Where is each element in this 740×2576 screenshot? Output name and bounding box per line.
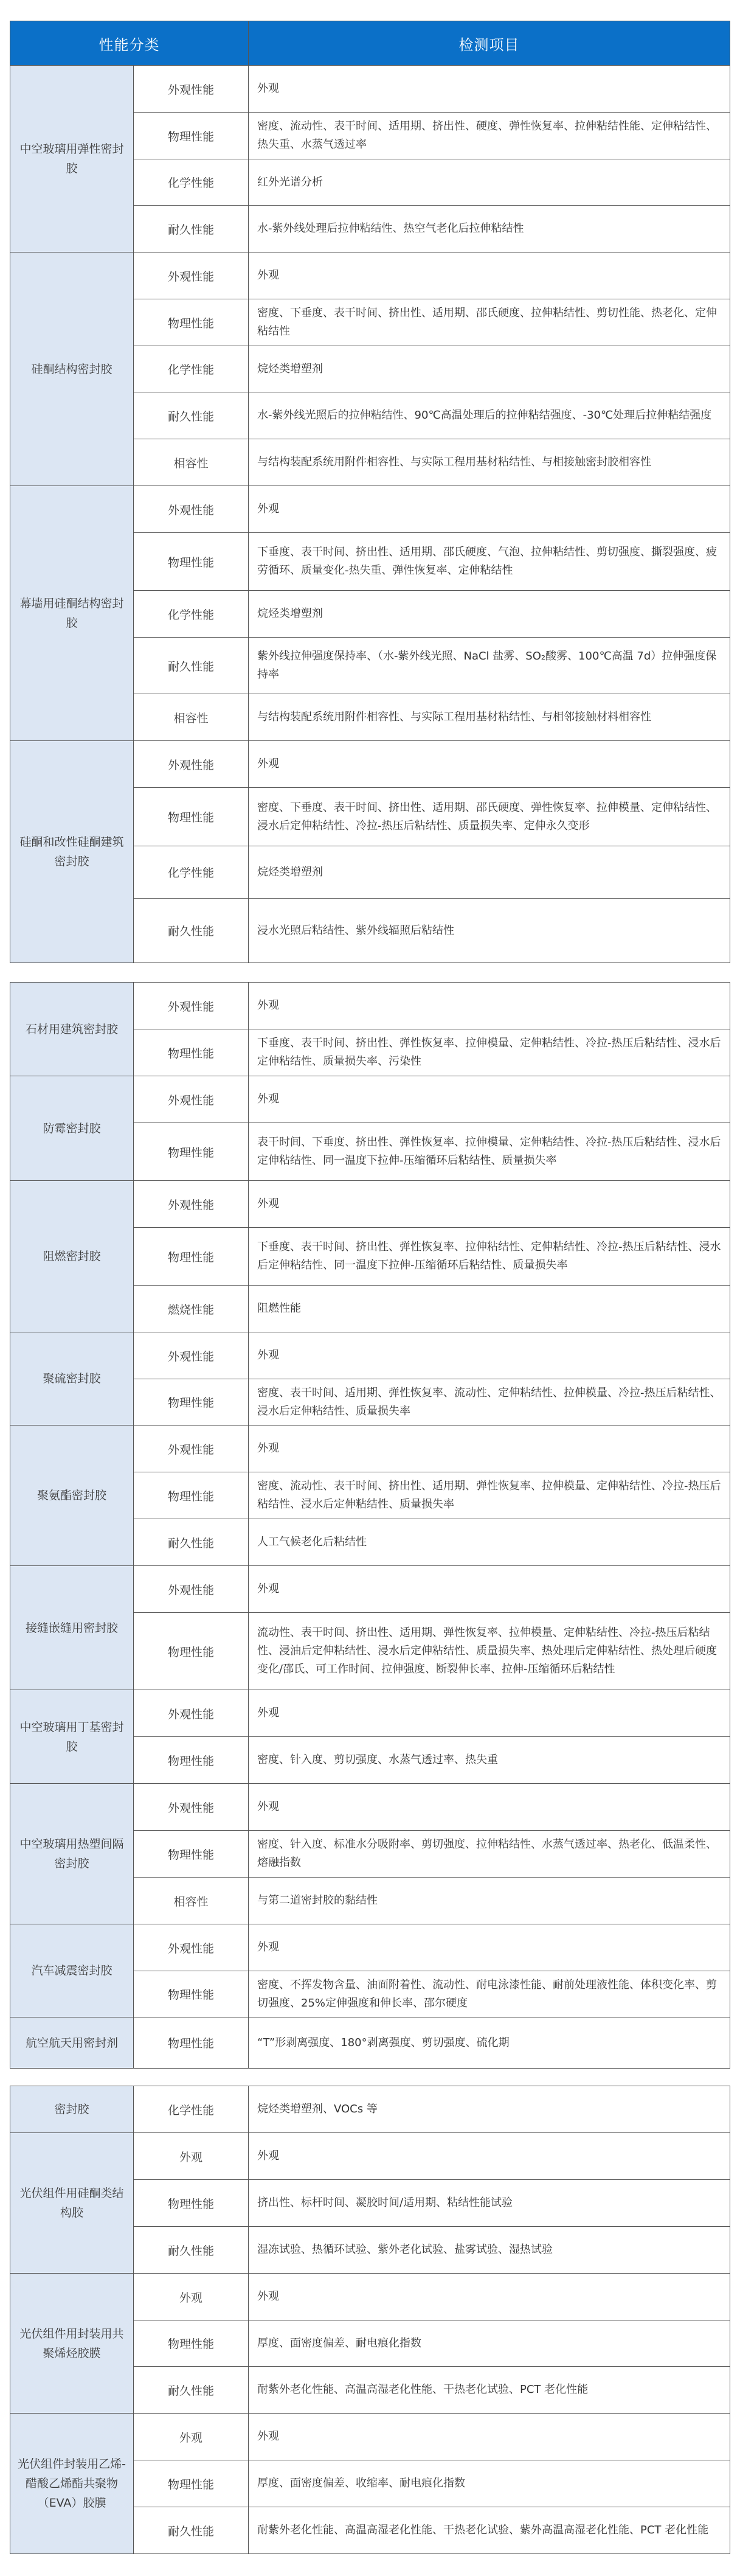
performance-type-cell: 化学性能	[134, 846, 249, 899]
table-row: 中空玻璃用丁基密封胶外观性能外观	[10, 1690, 730, 1737]
performance-type-cell: 物理性能	[134, 533, 249, 591]
test-items-cell: 外观	[249, 741, 730, 788]
test-items-cell: 厚度、面密度偏差、收缩率、耐电痕化指数	[249, 2460, 730, 2507]
test-items-cell: 烷烃类增塑剂	[249, 346, 730, 392]
performance-type-cell: 耐久性能	[134, 1519, 249, 1566]
test-items-cell: 耐紫外老化性能、高温高湿老化性能、干热老化试验、紫外高温高湿老化性能、PCT 老…	[249, 2507, 730, 2554]
performance-type-cell: 耐久性能	[134, 899, 249, 963]
product-category-cell: 硅酮结构密封胶	[10, 252, 134, 486]
performance-type-cell: 物理性能	[134, 113, 249, 159]
test-items-cell: 挤出性、标杆时间、凝胶时间/适用期、粘结性能试验	[249, 2180, 730, 2227]
test-items-cell: 外观	[249, 1784, 730, 1831]
product-category-cell: 阻燃密封胶	[10, 1181, 134, 1332]
performance-type-cell: 物理性能	[134, 1228, 249, 1286]
table-row: 阻燃密封胶外观性能外观	[10, 1181, 730, 1228]
performance-type-cell: 物理性能	[134, 1123, 249, 1181]
product-category-cell: 汽车减震密封胶	[10, 1924, 134, 2017]
performance-type-cell: 燃烧性能	[134, 1286, 249, 1332]
performance-type-cell: 物理性能	[134, 1737, 249, 1784]
performance-type-cell: 物理性能	[134, 1472, 249, 1519]
test-items-cell: 密度、下垂度、表干时间、挤出性、适用期、邵氏硬度、拉伸粘结性、剪切性能、热老化、…	[249, 299, 730, 346]
product-category-cell: 航空航天用密封剂	[10, 2017, 134, 2069]
performance-type-cell: 相容性	[134, 694, 249, 741]
performance-type-cell: 外观性能	[134, 1690, 249, 1737]
test-items-cell: 外观	[249, 2274, 730, 2320]
test-items-cell: 紫外线拉伸强度保持率、（水-紫外线光照、NaCl 盐雾、SO₂酸雾、100℃高温…	[249, 638, 730, 694]
table-row: 石材用建筑密封胶外观性能外观	[10, 983, 730, 1029]
table-row: 光伏组件封装用乙烯-醋酸乙烯酯共聚物（EVA）胶膜外观外观	[10, 2414, 730, 2460]
test-items-cell: 密度、流动性、表干时间、挤出性、适用期、弹性恢复率、拉伸模量、定伸粘结性、冷拉-…	[249, 1472, 730, 1519]
performance-type-cell: 外观性能	[134, 1784, 249, 1831]
test-items-cell: 人工气候老化后粘结性	[249, 1519, 730, 1566]
test-items-cell: 浸水光照后粘结性、紫外线辐照后粘结性	[249, 899, 730, 963]
test-items-cell: 烷烃类增塑剂、VOCs 等	[249, 2086, 730, 2133]
performance-type-cell: 物理性能	[134, 2180, 249, 2227]
performance-type-cell: 物理性能	[134, 2017, 249, 2069]
test-items-cell: 外观	[249, 1690, 730, 1737]
test-items-cell: 外观	[249, 1332, 730, 1379]
test-items-cell: 耐紫外老化性能、高温高湿老化性能、干热老化试验、PCT 老化性能	[249, 2367, 730, 2414]
product-category-cell: 聚氨酯密封胶	[10, 1426, 134, 1566]
performance-type-cell: 物理性能	[134, 2320, 249, 2367]
table-row: 幕墙用硅酮结构密封胶外观性能外观	[10, 486, 730, 533]
performance-type-cell: 外观性能	[134, 1426, 249, 1472]
table-row: 汽车减震密封胶外观性能外观	[10, 1924, 730, 1971]
performance-type-cell: 外观性能	[134, 983, 249, 1029]
table-row: 航空航天用密封剂物理性能“T”形剥离强度、180°剥离强度、剪切强度、硫化期	[10, 2017, 730, 2069]
performance-type-cell: 化学性能	[134, 159, 249, 206]
test-items-cell: 烷烃类增塑剂	[249, 846, 730, 899]
test-items-cell: 密度、下垂度、表干时间、挤出性、适用期、邵氏硬度、弹性恢复率、拉伸模量、定伸粘结…	[249, 788, 730, 846]
test-items-cell: 表干时间、下垂度、挤出性、弹性恢复率、拉伸模量、定伸粘结性、冷拉-热压后粘结性、…	[249, 1123, 730, 1181]
performance-type-cell: 外观	[134, 2274, 249, 2320]
performance-type-cell: 外观性能	[134, 252, 249, 299]
performance-type-cell: 耐久性能	[134, 638, 249, 694]
performance-type-cell: 相容性	[134, 1878, 249, 1924]
product-category-cell: 光伏组件封装用乙烯-醋酸乙烯酯共聚物（EVA）胶膜	[10, 2414, 134, 2554]
product-category-cell: 硅酮和改性硅酮建筑密封胶	[10, 741, 134, 963]
performance-type-cell: 耐久性能	[134, 2367, 249, 2414]
test-items-table-part-1: 性能分类 检测项目 中空玻璃用弹性密封胶外观性能外观物理性能密度、流动性、表干时…	[10, 21, 730, 963]
test-items-cell: 密度、表干时间、适用期、弹性恢复率、流动性、定伸粘结性、拉伸模量、冷拉-热压后粘…	[249, 1379, 730, 1426]
performance-type-cell: 耐久性能	[134, 206, 249, 252]
performance-type-cell: 外观	[134, 2133, 249, 2180]
test-items-cell: 水-紫外线处理后拉伸粘结性、热空气老化后拉伸粘结性	[249, 206, 730, 252]
performance-type-cell: 化学性能	[134, 2086, 249, 2133]
table-row: 防霉密封胶外观性能外观	[10, 1076, 730, 1123]
table-row: 接缝嵌缝用密封胶外观性能外观	[10, 1566, 730, 1613]
performance-type-cell: 外观性能	[134, 1076, 249, 1123]
test-items-cell: 下垂度、表干时间、挤出性、弹性恢复率、拉伸模量、定伸粘结性、冷拉-热压后粘结性、…	[249, 1029, 730, 1076]
test-items-cell: 外观	[249, 2414, 730, 2460]
table-row: 中空玻璃用弹性密封胶外观性能外观	[10, 66, 730, 113]
test-items-cell: 阻燃性能	[249, 1286, 730, 1332]
test-items-cell: 外观	[249, 1924, 730, 1971]
test-items-cell: 外观	[249, 1426, 730, 1472]
test-items-cell: 流动性、表干时间、挤出性、适用期、弹性恢复率、拉伸模量、定伸粘结性、冷拉-热压后…	[249, 1613, 730, 1690]
performance-type-cell: 外观性能	[134, 66, 249, 113]
performance-type-cell: 外观性能	[134, 1332, 249, 1379]
product-category-cell: 中空玻璃用热塑间隔密封胶	[10, 1784, 134, 1924]
product-category-cell: 防霉密封胶	[10, 1076, 134, 1181]
header-performance-category: 性能分类	[10, 21, 249, 66]
performance-type-cell: 相容性	[134, 439, 249, 486]
performance-type-cell: 耐久性能	[134, 2227, 249, 2274]
test-items-cell: 外观	[249, 983, 730, 1029]
performance-type-cell: 化学性能	[134, 591, 249, 638]
product-category-cell: 光伏组件用封装用共聚烯烃胶膜	[10, 2274, 134, 2414]
performance-type-cell: 外观性能	[134, 1566, 249, 1613]
test-items-cell: 外观	[249, 2133, 730, 2180]
performance-type-cell: 耐久性能	[134, 2507, 249, 2554]
product-category-cell: 接缝嵌缝用密封胶	[10, 1566, 134, 1690]
product-category-cell: 聚硫密封胶	[10, 1332, 134, 1426]
product-category-cell: 密封胶	[10, 2086, 134, 2133]
performance-type-cell: 外观	[134, 2414, 249, 2460]
performance-type-cell: 外观性能	[134, 1181, 249, 1228]
table-row: 聚氨酯密封胶外观性能外观	[10, 1426, 730, 1472]
test-items-cell: 密度、针入度、剪切强度、水蒸气透过率、热失重	[249, 1737, 730, 1784]
test-items-cell: 下垂度、表干时间、挤出性、弹性恢复率、拉伸粘结性、定伸粘结性、冷拉-热压后粘结性…	[249, 1228, 730, 1286]
table-header-row: 性能分类 检测项目	[10, 21, 730, 66]
test-items-cell: 外观	[249, 1076, 730, 1123]
test-items-table-part-2: 石材用建筑密封胶外观性能外观物理性能下垂度、表干时间、挤出性、弹性恢复率、拉伸模…	[10, 982, 730, 2069]
header-test-items: 检测项目	[249, 21, 730, 66]
performance-type-cell: 外观性能	[134, 486, 249, 533]
test-items-cell: “T”形剥离强度、180°剥离强度、剪切强度、硫化期	[249, 2017, 730, 2069]
performance-type-cell: 外观性能	[134, 1924, 249, 1971]
test-items-table-part-3: 密封胶化学性能烷烃类增塑剂、VOCs 等光伏组件用硅酮类结构胶外观外观物理性能挤…	[10, 2086, 730, 2554]
table-row: 硅酮和改性硅酮建筑密封胶外观性能外观	[10, 741, 730, 788]
test-items-cell: 烷烃类增塑剂	[249, 591, 730, 638]
table-row: 硅酮结构密封胶外观性能外观	[10, 252, 730, 299]
performance-type-cell: 物理性能	[134, 2460, 249, 2507]
test-items-cell: 与第二道密封胶的黏结性	[249, 1878, 730, 1924]
performance-type-cell: 物理性能	[134, 1029, 249, 1076]
product-category-cell: 中空玻璃用丁基密封胶	[10, 1690, 134, 1784]
performance-type-cell: 耐久性能	[134, 392, 249, 439]
table-row: 光伏组件用封装用共聚烯烃胶膜外观外观	[10, 2274, 730, 2320]
performance-type-cell: 物理性能	[134, 788, 249, 846]
test-items-cell: 湿冻试验、热循环试验、紫外老化试验、盐雾试验、湿热试验	[249, 2227, 730, 2274]
test-items-cell: 外观	[249, 1181, 730, 1228]
performance-type-cell: 物理性能	[134, 299, 249, 346]
test-items-cell: 外观	[249, 1566, 730, 1613]
table-row: 中空玻璃用热塑间隔密封胶外观性能外观	[10, 1784, 730, 1831]
performance-type-cell: 化学性能	[134, 346, 249, 392]
test-items-cell: 密度、流动性、表干时间、适用期、挤出性、硬度、弹性恢复率、拉伸粘结性能、定伸粘结…	[249, 113, 730, 159]
performance-type-cell: 物理性能	[134, 1831, 249, 1878]
table-row: 聚硫密封胶外观性能外观	[10, 1332, 730, 1379]
product-category-cell: 中空玻璃用弹性密封胶	[10, 66, 134, 252]
test-items-cell: 红外光谱分析	[249, 159, 730, 206]
table-row: 光伏组件用硅酮类结构胶外观外观	[10, 2133, 730, 2180]
test-items-cell: 外观	[249, 252, 730, 299]
test-items-cell: 外观	[249, 486, 730, 533]
test-items-cell: 与结构装配系统用附件相容性、与实际工程用基材粘结性、与相接触密封胶相容性	[249, 439, 730, 486]
test-items-cell: 密度、针入度、标准水分吸附率、剪切强度、拉伸粘结性、水蒸气透过率、热老化、低温柔…	[249, 1831, 730, 1878]
test-items-cell: 与结构装配系统用附件相容性、与实际工程用基材粘结性、与相邻接触材料相容性	[249, 694, 730, 741]
performance-type-cell: 物理性能	[134, 1971, 249, 2017]
test-items-cell: 下垂度、表干时间、挤出性、适用期、邵氏硬度、气泡、拉伸粘结性、剪切强度、撕裂强度…	[249, 533, 730, 591]
performance-type-cell: 物理性能	[134, 1613, 249, 1690]
test-items-cell: 外观	[249, 66, 730, 113]
table-row: 密封胶化学性能烷烃类增塑剂、VOCs 等	[10, 2086, 730, 2133]
performance-type-cell: 外观性能	[134, 741, 249, 788]
performance-type-cell: 物理性能	[134, 1379, 249, 1426]
product-category-cell: 幕墙用硅酮结构密封胶	[10, 486, 134, 741]
product-category-cell: 石材用建筑密封胶	[10, 983, 134, 1076]
test-items-cell: 厚度、面密度偏差、耐电痕化指数	[249, 2320, 730, 2367]
product-category-cell: 光伏组件用硅酮类结构胶	[10, 2133, 134, 2274]
test-items-cell: 水-紫外线光照后的拉伸粘结性、90℃高温处理后的拉伸粘结强度、-30℃处理后拉伸…	[249, 392, 730, 439]
test-items-cell: 密度、不挥发物含量、油面附着性、流动性、耐电泳漆性能、耐前处理液性能、体积变化率…	[249, 1971, 730, 2017]
